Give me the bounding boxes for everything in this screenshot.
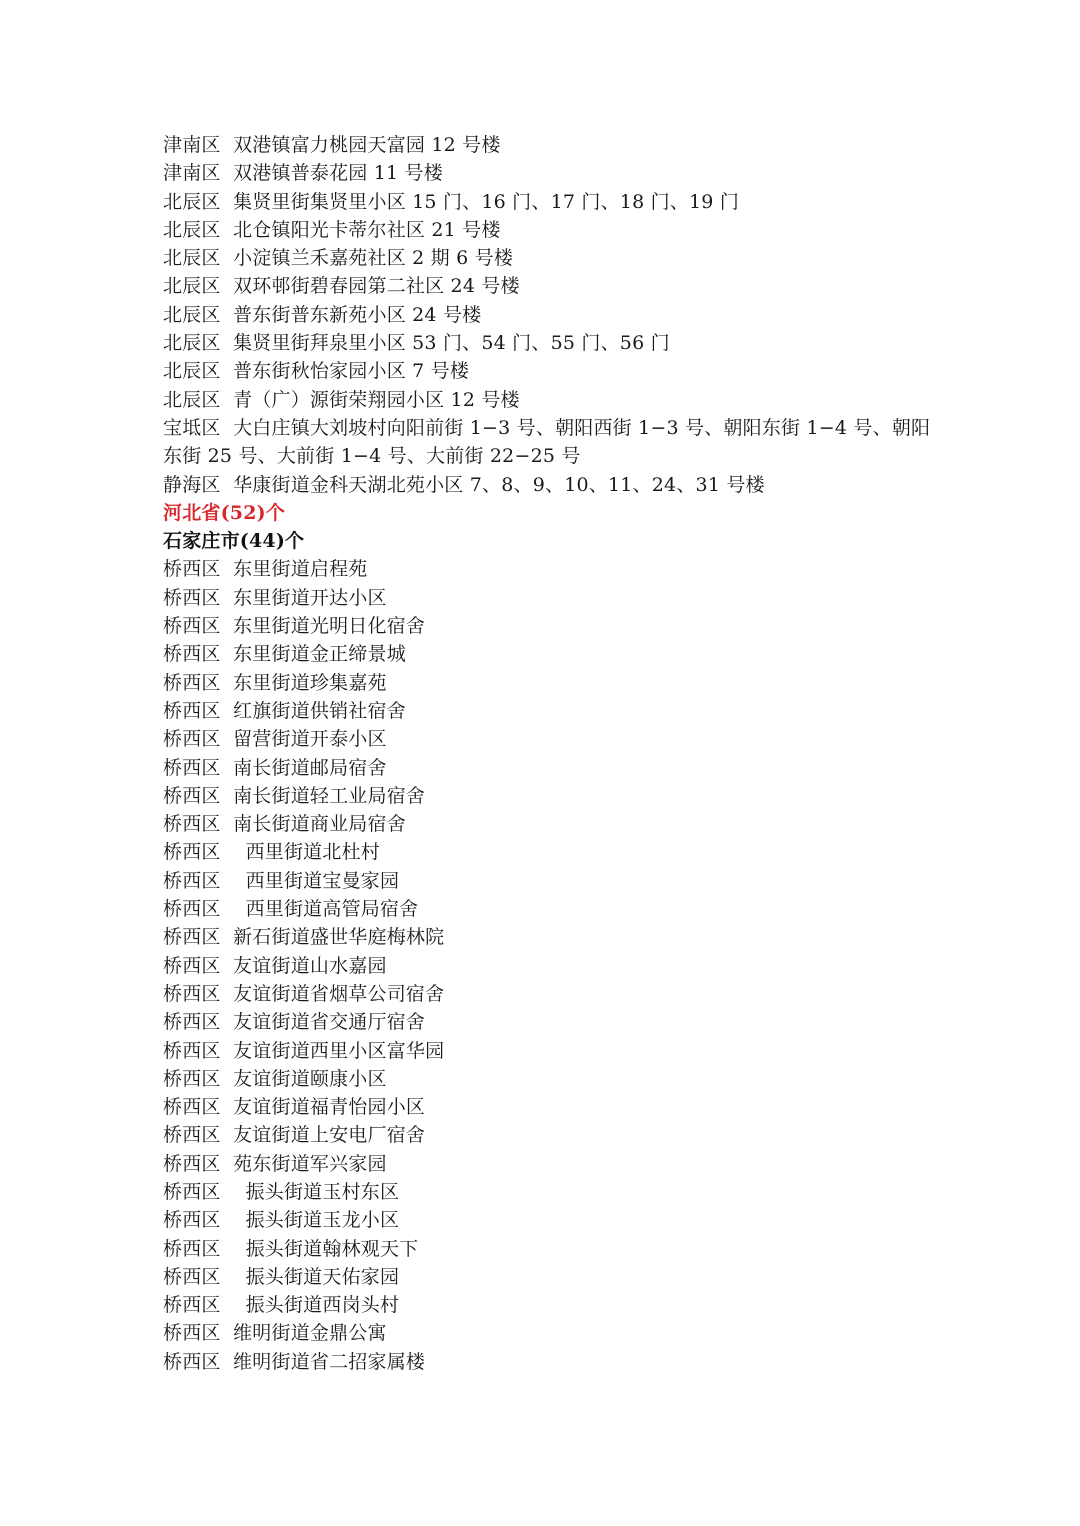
separator — [221, 332, 233, 354]
separator — [221, 1011, 233, 1033]
district-name: 宝坻区 — [163, 417, 221, 439]
separator — [221, 983, 233, 1005]
separator — [221, 1294, 246, 1316]
list-item: 桥西区 东里街道启程苑 — [163, 555, 923, 583]
separator — [221, 417, 233, 439]
list-item: 北辰区 普东街普东新苑小区 24 号楼 — [163, 301, 923, 329]
city-heading: 石家庄市(44)个 — [163, 527, 923, 555]
separator — [221, 728, 233, 750]
address-text: 友谊街道省烟草公司宿舍 — [233, 983, 444, 1005]
separator — [221, 191, 233, 213]
district-name: 桥西区 — [163, 1181, 221, 1203]
list-item: 桥西区 友谊街道山水嘉园 — [163, 952, 923, 980]
address-text: 维明街道金鼎公寓 — [233, 1322, 387, 1344]
address-text: 红旗街道供销社宿舍 — [233, 700, 406, 722]
address-text: 双环邨街碧春园第二社区 24 号楼 — [233, 275, 520, 297]
list-item: 北辰区 集贤里街集贤里小区 15 门、16 门、17 门、18 门、19 门 — [163, 188, 923, 216]
address-text: 友谊街道福青怡园小区 — [233, 1096, 425, 1118]
district-name: 北辰区 — [163, 304, 221, 326]
separator — [221, 643, 233, 665]
separator — [221, 1096, 233, 1118]
district-name: 桥西区 — [163, 983, 221, 1005]
district-name: 桥西区 — [163, 1153, 221, 1175]
list-item: 津南区 双港镇富力桃园天富园 12 号楼 — [163, 131, 923, 159]
address-text: 东里街道光明日化宿舍 — [233, 615, 425, 637]
separator — [221, 134, 233, 156]
district-name: 北辰区 — [163, 332, 221, 354]
separator — [221, 813, 233, 835]
list-item: 桥西区 留营街道开泰小区 — [163, 725, 923, 753]
separator — [221, 558, 233, 580]
separator — [221, 275, 233, 297]
district-name: 桥西区 — [163, 926, 221, 948]
district-name: 桥西区 — [163, 1011, 221, 1033]
address-text: 小淀镇兰禾嘉苑社区 2 期 6 号楼 — [233, 247, 513, 269]
address-text: 西里街道高管局宿舍 — [246, 898, 419, 920]
address-text: 友谊街道西里小区富华园 — [233, 1040, 444, 1062]
district-name: 桥西区 — [163, 841, 221, 863]
separator — [221, 955, 233, 977]
list-item: 桥西区 西里街道宝曼家园 — [163, 867, 923, 895]
list-item: 北辰区 北仓镇阳光卡蒂尔社区 21 号楼 — [163, 216, 923, 244]
list-item: 桥西区 东里街道珍集嘉苑 — [163, 669, 923, 697]
list-item: 桥西区 南长街道商业局宿舍 — [163, 810, 923, 838]
list-item: 桥西区 友谊街道福青怡园小区 — [163, 1093, 923, 1121]
separator — [221, 870, 246, 892]
separator — [221, 841, 246, 863]
address-text: 振头街道玉村东区 — [246, 1181, 400, 1203]
district-name: 桥西区 — [163, 1322, 221, 1344]
district-name: 桥西区 — [163, 700, 221, 722]
list-item: 北辰区 青（广）源街荣翔园小区 12 号楼 — [163, 386, 923, 414]
list-item: 津南区 双港镇普泰花园 11 号楼 — [163, 159, 923, 187]
district-name: 津南区 — [163, 134, 221, 156]
list-item: 桥西区 新石街道盛世华庭梅林院 — [163, 923, 923, 951]
address-text: 友谊街道省交通厅宿舍 — [233, 1011, 425, 1033]
separator — [221, 360, 233, 382]
list-item: 静海区 华康街道金科天湖北苑小区 7、8、9、10、11、24、31 号楼 — [163, 471, 923, 499]
district-name: 桥西区 — [163, 955, 221, 977]
address-text: 南长街道邮局宿舍 — [233, 757, 387, 779]
district-name: 北辰区 — [163, 360, 221, 382]
district-name: 桥西区 — [163, 615, 221, 637]
district-name: 桥西区 — [163, 1096, 221, 1118]
list-item: 桥西区 东里街道开达小区 — [163, 584, 923, 612]
district-name: 桥西区 — [163, 1238, 221, 1260]
address-text: 西里街道宝曼家园 — [246, 870, 400, 892]
separator — [221, 389, 233, 411]
district-name: 桥西区 — [163, 785, 221, 807]
district-name: 北辰区 — [163, 389, 221, 411]
separator — [221, 615, 233, 637]
list-item: 桥西区 振头街道翰林观天下 — [163, 1235, 923, 1263]
list-item-continuation: 东街 25 号、大前街 1−4 号、大前街 22−25 号 — [163, 442, 923, 470]
separator — [221, 247, 233, 269]
separator — [221, 1068, 233, 1090]
separator — [221, 1266, 246, 1288]
address-text: 东里街道金正缔景城 — [233, 643, 406, 665]
address-text: 振头街道西岗头村 — [246, 1294, 400, 1316]
separator — [221, 304, 233, 326]
address-text: 普东街秋怡家园小区 7 号楼 — [233, 360, 469, 382]
list-item: 桥西区 维明街道金鼎公寓 — [163, 1319, 923, 1347]
document-page: 津南区 双港镇富力桃园天富园 12 号楼 津南区 双港镇普泰花园 11 号楼 北… — [163, 131, 923, 1376]
address-text: 友谊街道颐康小区 — [233, 1068, 387, 1090]
list-item: 桥西区 东里街道金正缔景城 — [163, 640, 923, 668]
separator — [221, 162, 233, 184]
list-item: 桥西区 友谊街道上安电厂宿舍 — [163, 1121, 923, 1149]
address-text: 双港镇富力桃园天富园 12 号楼 — [233, 134, 500, 156]
district-name: 桥西区 — [163, 672, 221, 694]
separator — [221, 1181, 246, 1203]
district-name: 静海区 — [163, 474, 221, 496]
address-text: 大白庄镇大刘坡村向阳前街 1−3 号、朝阳西街 1−3 号、朝阳东街 1−4 号… — [233, 417, 930, 439]
district-name: 桥西区 — [163, 1068, 221, 1090]
district-name: 北辰区 — [163, 191, 221, 213]
district-name: 桥西区 — [163, 1266, 221, 1288]
separator — [221, 757, 233, 779]
separator — [221, 898, 246, 920]
list-item: 北辰区 双环邨街碧春园第二社区 24 号楼 — [163, 272, 923, 300]
address-text: 西里街道北杜村 — [246, 841, 380, 863]
district-name: 桥西区 — [163, 587, 221, 609]
address-text: 东里街道开达小区 — [233, 587, 387, 609]
district-name: 桥西区 — [163, 1124, 221, 1146]
list-item: 北辰区 集贤里街拜泉里小区 53 门、54 门、55 门、56 门 — [163, 329, 923, 357]
district-name: 北辰区 — [163, 219, 221, 241]
separator — [221, 785, 233, 807]
separator — [221, 1351, 233, 1373]
district-name: 桥西区 — [163, 813, 221, 835]
list-item: 桥西区 西里街道高管局宿舍 — [163, 895, 923, 923]
list-item: 北辰区 普东街秋怡家园小区 7 号楼 — [163, 357, 923, 385]
address-text: 南长街道轻工业局宿舍 — [233, 785, 425, 807]
separator — [221, 700, 233, 722]
separator — [221, 1209, 246, 1231]
district-name: 津南区 — [163, 162, 221, 184]
separator — [221, 1040, 233, 1062]
address-text: 东里街道珍集嘉苑 — [233, 672, 387, 694]
district-name: 桥西区 — [163, 1209, 221, 1231]
address-text: 振头街道玉龙小区 — [246, 1209, 400, 1231]
district-name: 桥西区 — [163, 728, 221, 750]
district-name: 桥西区 — [163, 1351, 221, 1373]
address-text: 双港镇普泰花园 11 号楼 — [233, 162, 443, 184]
address-text: 振头街道翰林观天下 — [246, 1238, 419, 1260]
district-name: 桥西区 — [163, 1294, 221, 1316]
list-item: 桥西区 西里街道北杜村 — [163, 838, 923, 866]
address-text: 友谊街道上安电厂宿舍 — [233, 1124, 425, 1146]
list-item: 桥西区 东里街道光明日化宿舍 — [163, 612, 923, 640]
list-item: 桥西区 南长街道邮局宿舍 — [163, 754, 923, 782]
district-name: 北辰区 — [163, 247, 221, 269]
list-item: 宝坻区 大白庄镇大刘坡村向阳前街 1−3 号、朝阳西街 1−3 号、朝阳东街 1… — [163, 414, 923, 442]
list-item: 桥西区 维明街道省二招家属楼 — [163, 1348, 923, 1376]
district-name: 北辰区 — [163, 275, 221, 297]
list-item: 桥西区 友谊街道西里小区富华园 — [163, 1037, 923, 1065]
address-text: 新石街道盛世华庭梅林院 — [233, 926, 444, 948]
list-item: 桥西区 友谊街道颐康小区 — [163, 1065, 923, 1093]
address-text: 华康街道金科天湖北苑小区 7、8、9、10、11、24、31 号楼 — [233, 474, 765, 496]
district-name: 桥西区 — [163, 870, 221, 892]
district-name: 桥西区 — [163, 558, 221, 580]
list-item: 桥西区 友谊街道省交通厅宿舍 — [163, 1008, 923, 1036]
address-text: 维明街道省二招家属楼 — [233, 1351, 425, 1373]
address-text: 集贤里街集贤里小区 15 门、16 门、17 门、18 门、19 门 — [233, 191, 739, 213]
address-text: 东里街道启程苑 — [233, 558, 367, 580]
separator — [221, 926, 233, 948]
address-text: 青（广）源街荣翔园小区 12 号楼 — [233, 389, 520, 411]
address-text: 普东街普东新苑小区 24 号楼 — [233, 304, 481, 326]
list-item: 桥西区 红旗街道供销社宿舍 — [163, 697, 923, 725]
address-text: 留营街道开泰小区 — [233, 728, 387, 750]
address-text: 北仓镇阳光卡蒂尔社区 21 号楼 — [233, 219, 500, 241]
list-item: 桥西区 南长街道轻工业局宿舍 — [163, 782, 923, 810]
separator — [221, 1238, 246, 1260]
list-item: 北辰区 小淀镇兰禾嘉苑社区 2 期 6 号楼 — [163, 244, 923, 272]
district-name: 桥西区 — [163, 1040, 221, 1062]
list-item: 桥西区 振头街道天佑家园 — [163, 1263, 923, 1291]
separator — [221, 1153, 233, 1175]
separator — [221, 1322, 233, 1344]
address-text: 东街 25 号、大前街 1−4 号、大前街 22−25 号 — [163, 445, 581, 467]
address-text: 集贤里街拜泉里小区 53 门、54 门、55 门、56 门 — [233, 332, 670, 354]
separator — [221, 1124, 233, 1146]
province-heading: 河北省(52)个 — [163, 499, 923, 527]
list-item: 桥西区 振头街道西岗头村 — [163, 1291, 923, 1319]
district-name: 桥西区 — [163, 757, 221, 779]
separator — [221, 219, 233, 241]
separator — [221, 474, 233, 496]
district-name: 桥西区 — [163, 643, 221, 665]
list-item: 桥西区 振头街道玉村东区 — [163, 1178, 923, 1206]
address-text: 苑东街道军兴家园 — [233, 1153, 387, 1175]
district-name: 桥西区 — [163, 898, 221, 920]
address-text: 南长街道商业局宿舍 — [233, 813, 406, 835]
separator — [221, 672, 233, 694]
list-item: 桥西区 振头街道玉龙小区 — [163, 1206, 923, 1234]
address-text: 友谊街道山水嘉园 — [233, 955, 387, 977]
separator — [221, 587, 233, 609]
list-item: 桥西区 苑东街道军兴家园 — [163, 1150, 923, 1178]
address-text: 振头街道天佑家园 — [246, 1266, 400, 1288]
list-item: 桥西区 友谊街道省烟草公司宿舍 — [163, 980, 923, 1008]
